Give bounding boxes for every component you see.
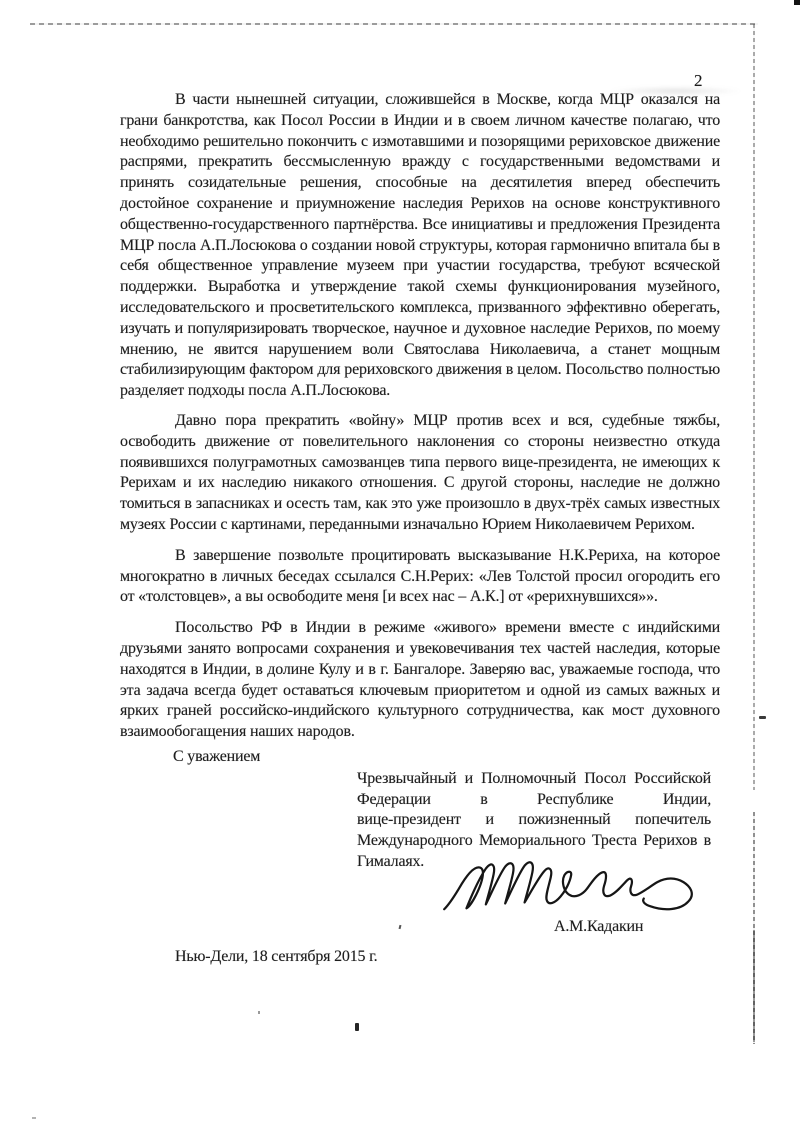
body-paragraph-3: В завершение позвольте процитировать выс… — [120, 546, 720, 608]
signer-title-line-4: Международного Мемориального Треста Рери… — [357, 831, 711, 852]
body-paragraph-4: Посольство РФ в Индии в режиме «живого» … — [120, 618, 720, 743]
scan-artifact-speck — [258, 1011, 260, 1014]
signer-title-line-2: Федерации в Республике Индии, — [357, 790, 711, 811]
body-paragraph-2: Давно пора прекратить «войну» МЦР против… — [120, 411, 720, 536]
scanned-letter-page: 2 В части нынешней ситуации, сложившейся… — [0, 0, 800, 1131]
signer-title-line-1: Чрезвычайный и Полномочный Посол Российс… — [357, 769, 711, 790]
scan-artifact-corner-mark — [794, 0, 800, 5]
scan-artifact-top-edge-line — [30, 23, 758, 25]
signer-name: А.М.Кадакин — [554, 917, 720, 938]
scan-artifact-right-edge-line-upper — [753, 24, 755, 790]
scan-artifact-right-edge-line-lower — [753, 812, 755, 1044]
dateline: Нью-Дели, 18 сентября 2015 г. — [175, 947, 720, 968]
signature-area — [436, 855, 712, 917]
scan-artifact-margin-dash — [759, 716, 766, 719]
page-number: 2 — [694, 71, 703, 91]
letter-body: В части нынешней ситуации, сложившейся в… — [120, 90, 720, 968]
handwritten-signature-scrawl-icon — [436, 855, 712, 917]
salutation: С уважением — [173, 747, 720, 768]
body-paragraph-1: В части нынешней ситуации, сложившейся в… — [120, 90, 720, 402]
scan-artifact-speck — [32, 1117, 36, 1119]
signer-title-line-3: вице-президент и пожизненный попечитель — [357, 810, 711, 831]
scan-artifact-right-edge-dark-segment — [753, 930, 755, 1042]
scan-artifact-speck — [355, 1023, 359, 1031]
